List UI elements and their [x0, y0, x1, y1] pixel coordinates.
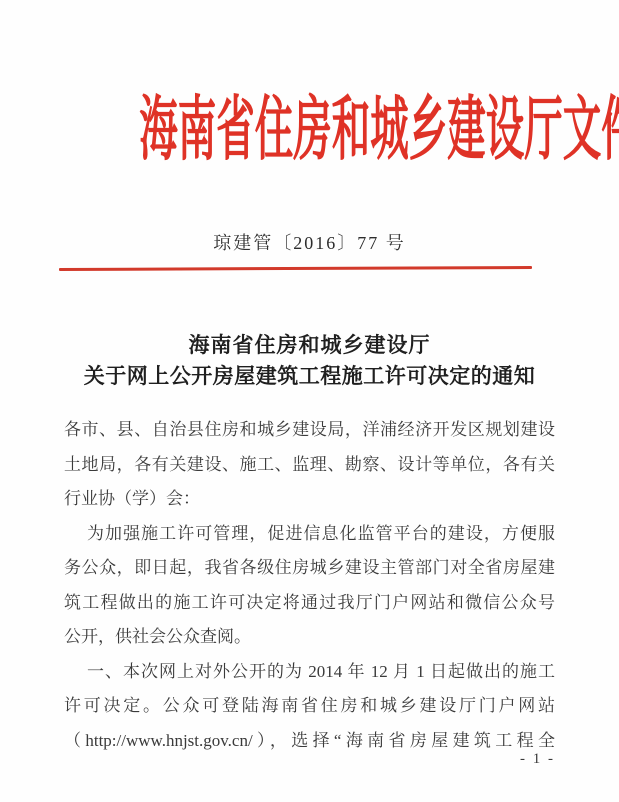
body-line: 各市、县、自治县住房和城乡建设局，洋浦经济开发区规划建设	[64, 413, 555, 448]
body-line: 土地局，各有关建设、施工、监理、勘察、设计等单位，各有关	[64, 448, 555, 483]
body-line: 行业协（学）会：	[64, 482, 555, 517]
body-line: 务公众，即日起，我省各级住房城乡建设主管部门对全省房屋建	[64, 551, 555, 586]
red-divider-line	[59, 266, 532, 271]
doc-number: 琼建管〔2016〕77 号	[0, 229, 619, 255]
document-body: 各市、县、自治县住房和城乡建设局，洋浦经济开发区规划建设土地局，各有关建设、施工…	[64, 413, 555, 758]
document-page: 海南省住房和城乡建设厅文件 琼建管〔2016〕77 号 海南省住房和城乡建设厅 …	[0, 0, 619, 802]
body-line: 许可决定。公众可登陆海南省住房和城乡建设厅门户网站	[64, 689, 555, 724]
body-line: 为加强施工许可管理，促进信息化监管平台的建设，方便服	[64, 517, 555, 552]
body-line: 一、本次网上对外公开的为 2014 年 12 月 1 日起做出的施工	[64, 655, 555, 690]
page-number: - 1 -	[0, 751, 555, 768]
body-line: 公开，供社会公众查阅。	[64, 620, 555, 655]
body-line: 筑工程做出的施工许可决定将通过我厅门户网站和微信公众号	[64, 586, 555, 621]
notice-title-org: 海南省住房和城乡建设厅	[0, 329, 619, 359]
letterhead-title: 海南省住房和城乡建设厅文件	[139, 95, 479, 167]
notice-title-subject: 关于网上公开房屋建筑工程施工许可决定的通知	[0, 360, 619, 390]
